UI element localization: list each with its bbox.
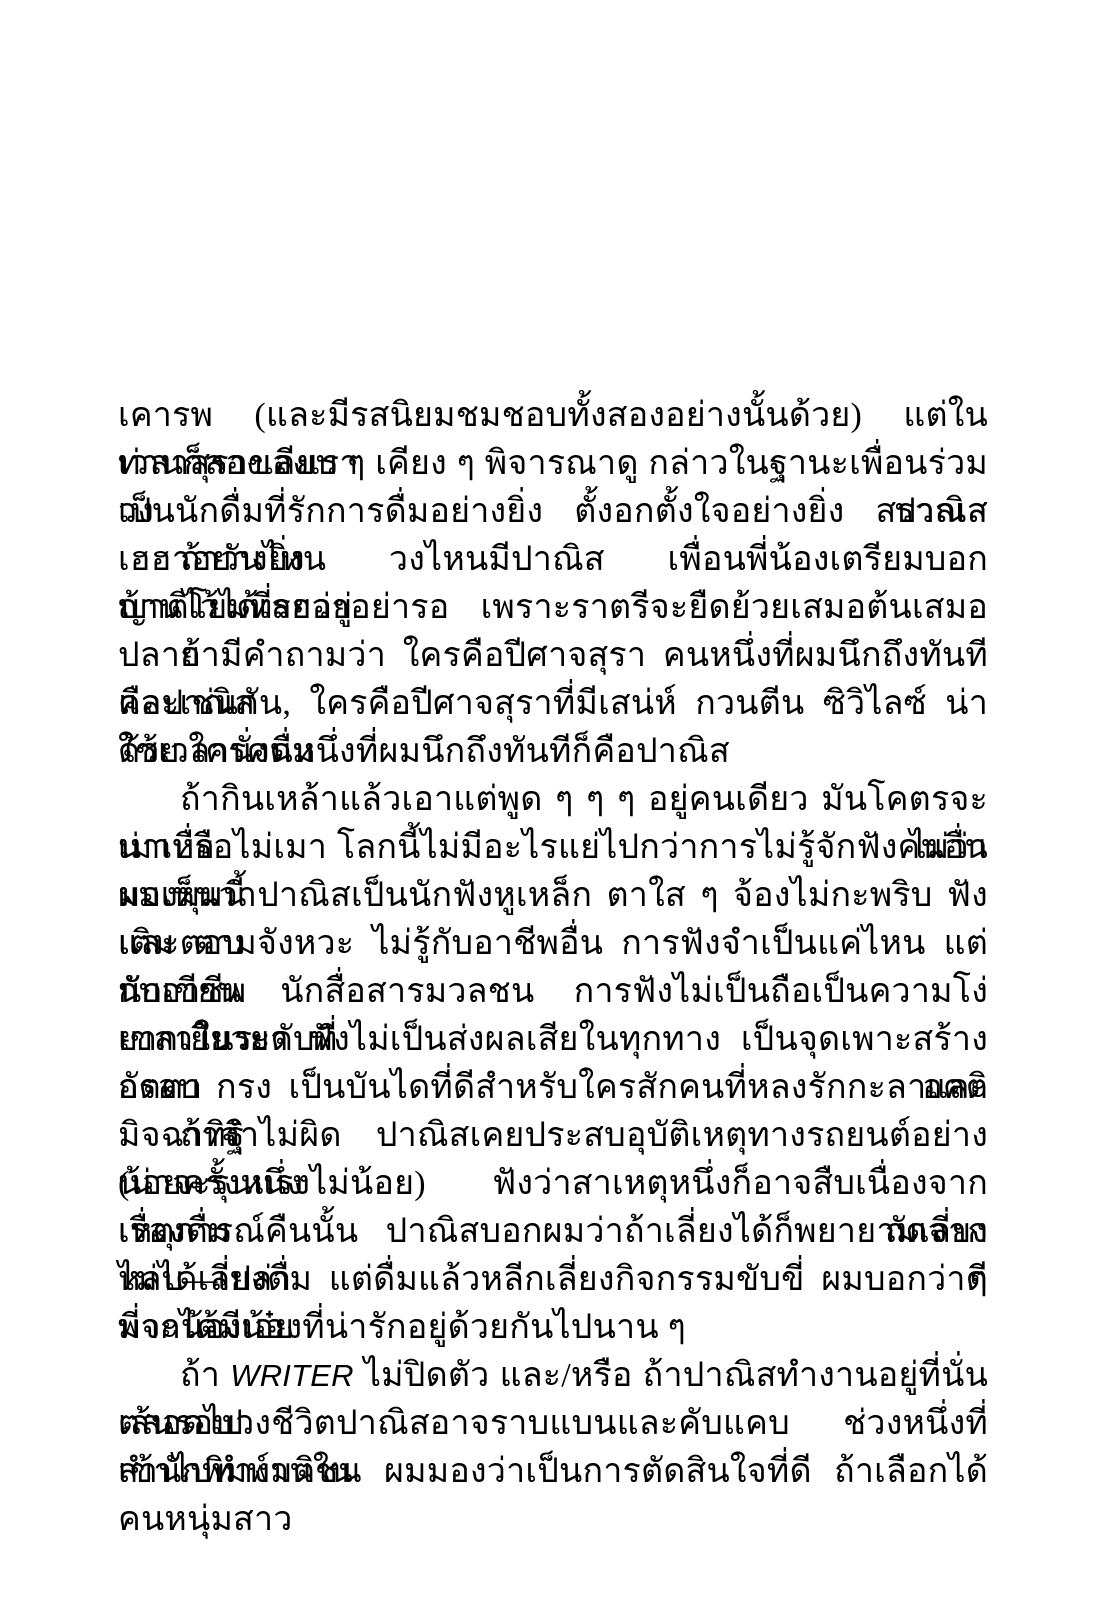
text-line: ถ้า WRITER ไม่ปิดตัว และ/หรือ ถ้าปาณิสทำ… xyxy=(118,1352,988,1400)
paragraph: ถ้ามีคำถามว่า ใครคือปีศาจสุรา คนหนึ่งที่… xyxy=(118,632,988,776)
text-line: (น่าจะรุนแรงไม่น้อย) ฟังว่าสาเหตุหนึ่งก็… xyxy=(118,1160,988,1208)
text-line: เคารพ (และมีรสนิยมชมชอบทั้งสองอย่างนั้นด… xyxy=(118,392,988,440)
latin-italic-text: WRITER xyxy=(230,1358,353,1393)
text-line: ถ้ามีคำถามว่า ใครคือปีศาจสุรา คนหนึ่งที่… xyxy=(118,632,988,680)
paragraph: ถ้ากินเหล้าแล้วเอาแต่พูด ๆ ๆ ๆ อยู่คนเดี… xyxy=(118,776,988,1112)
text-line: ถ้ากินเหล้าแล้วเอาแต่พูด ๆ ๆ ๆ อยู่คนเดี… xyxy=(118,776,988,824)
text-line: นักเขียน นักสื่อสารมวลชน การฟังไม่เป็นถื… xyxy=(118,968,988,1016)
text-line: เมาหรือไม่เมา โลกนี้ไม่มีอะไรแย่ไปกว่ากา… xyxy=(118,824,988,872)
text-line: ไม่ได้เลี่ยงดื่ม แต่ดื่มแล้วหลีกเลี่ยงกิ… xyxy=(118,1256,988,1304)
text-line: เป็นนักดื่มที่รักการดื่มอย่างยิ่ง ตั้งอก… xyxy=(118,488,988,536)
text-line: และเช่นกัน, ใครคือปีศาจสุราที่มีเสน่ห์ ก… xyxy=(118,680,988,728)
paragraph: ถ้าจำไม่ผิด ปาณิสเคยประสบอุบัติเหตุทางรถ… xyxy=(118,1112,988,1352)
paragraph: ถ้า WRITER ไม่ปิดตัว และ/หรือ ถ้าปาณิสทำ… xyxy=(118,1352,988,1496)
text-line: ยากเยียวยา ฟังไม่เป็นส่งผลเสียในทุกทาง เ… xyxy=(118,1016,988,1064)
text-line: พี่จะได้มีน้องที่น่ารักอยู่ด้วยกันไปนาน … xyxy=(118,1304,988,1352)
text-line: ถ้าวันไหน วงไหนมีปาณิส เพื่อนพี่น้องเตรี… xyxy=(118,536,988,584)
text-line: เหตุการณ์คืนนั้น ปาณิสบอกผมว่าถ้าเลี่ยงไ… xyxy=(118,1208,988,1256)
text-line: เติม ตามจังหวะ ไม่รู้กับอาชีพอื่น การฟัง… xyxy=(118,920,988,968)
book-page: เคารพ (และมีรสนิยมชมชอบทั้งสองอย่างนั้นด… xyxy=(0,0,1101,1621)
text-line: ถ้าจำไม่ผิด ปาณิสเคยประสบอุบัติเหตุทางรถ… xyxy=(118,1112,988,1160)
text-line: กรอบ กรง เป็นบันไดที่ดีสำหรับใครสักคนที่… xyxy=(118,1064,988,1112)
text-line: เส้นรอบวงชีวิตปาณิสอาจราบแบนและคับแคบ ช่… xyxy=(118,1400,988,1448)
text-line: บ้านไว้ได้เลยว่าอย่ารอ เพราะราตรีจะยืดย้… xyxy=(118,584,988,632)
text-line: สำนักพิมพ์มติชน ผมมองว่าเป็นการตัดสินใจท… xyxy=(118,1448,988,1496)
paragraph: ถ้าวันไหน วงไหนมีปาณิส เพื่อนพี่น้องเตรี… xyxy=(118,536,988,632)
thai-text: ถ้า xyxy=(180,1357,230,1394)
text-line: ผมเห็นว่าปาณิสเป็นนักฟังหูเหล็ก ตาใส ๆ จ… xyxy=(118,872,988,920)
text-block: เคารพ (และมีรสนิยมชมชอบทั้งสองอย่างนั้นด… xyxy=(118,392,988,1496)
text-line: ด้วย ใครคนหนึ่งที่ผมนึกถึงทันทีก็คือปาณิ… xyxy=(118,728,988,776)
text-line: ท่านก็ลองเลียบ ๆ เคียง ๆ พิจารณาดู กล่าว… xyxy=(118,440,988,488)
paragraph: เคารพ (และมีรสนิยมชมชอบทั้งสองอย่างนั้นด… xyxy=(118,392,988,536)
